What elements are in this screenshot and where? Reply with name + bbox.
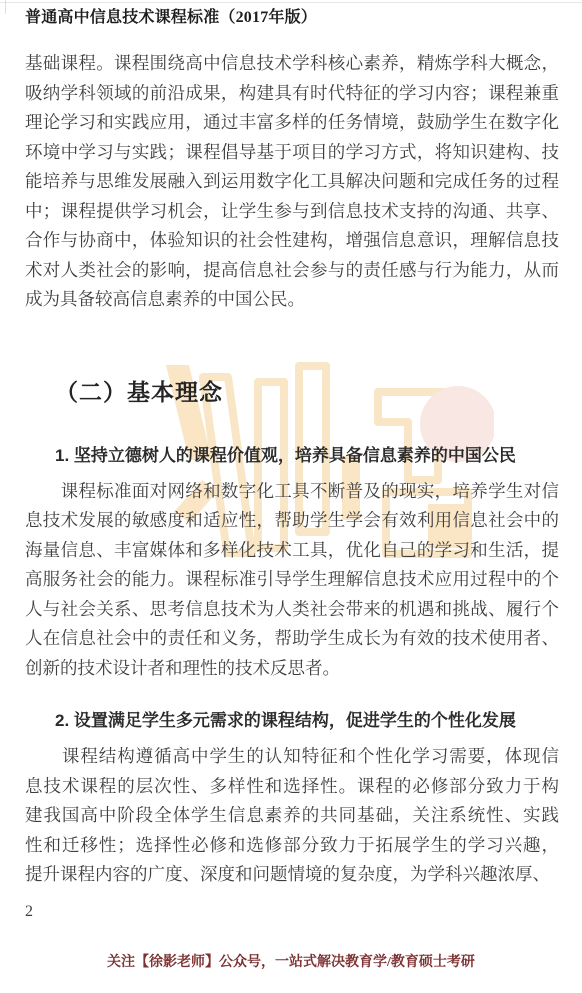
paragraph-line: 人与社会关系、思考信息技术为人类社会带来的机遇和挑战、履行个 (25, 595, 559, 625)
body-paragraph: 课程结构遵循高中学生的认知特征和个性化学习需要，体现信息技术课程的层次性、多样性… (25, 742, 559, 890)
page-left-edge-line (5, 0, 6, 14)
paragraph-line: 息技术课程的层次性、多样性和选择性。课程的必修部分致力于构 (25, 772, 559, 802)
document-body: 基础课程。课程围绕高中信息技术学科核心素养，精炼学科大概念，吸纳学科领域的前沿成… (25, 49, 559, 890)
paragraph-line: 成为具备较高信息素养的中国公民。 (25, 285, 559, 315)
paragraph-line: 创新的技术设计者和理性的技术反思者。 (25, 654, 559, 684)
paragraph-line: 能培养与思维发展融入到运用数字化工具解决问题和完成任务的过程 (25, 167, 559, 197)
subheading: 1. 坚持立德树人的课程价值观，培养具备信息素养的中国公民 (25, 444, 559, 468)
footer-promo-note: 关注【徐影老师】公众号，一站式解决教育学/教育硕士考研 (0, 951, 582, 971)
paragraph-line: 建我国高中阶段全体学生信息素养的共同基础，关注系统性、实践 (25, 801, 559, 831)
paragraph-line: 课程结构遵循高中学生的认知特征和个性化学习需要，体现信 (25, 742, 559, 772)
paragraph-line: 合作与协商中，体验知识的社会性建构，增强信息意识，理解信息技 (25, 226, 559, 256)
document-header-title: 普通高中信息技术课程标准（2017年版） (25, 4, 317, 27)
section-heading: （二）基本理念 (25, 377, 559, 409)
body-paragraph: 课程标准面对网络和数字化工具不断普及的现实，培养学生对信息技术发展的敏感度和适应… (25, 477, 559, 684)
body-paragraph: 基础课程。课程围绕高中信息技术学科核心素养，精炼学科大概念，吸纳学科领域的前沿成… (25, 49, 559, 315)
paragraph-line: 术对人类社会的影响，提高信息社会参与的责任感与行为能力，从而 (25, 256, 559, 286)
paragraph-line: 息技术发展的敏感度和适应性，帮助学生学会有效利用信息社会中的 (25, 506, 559, 536)
paragraph-line: 环境中学习与实践；课程倡导基于项目的学习方式，将知识建构、技 (25, 138, 559, 168)
paragraph-line: 理论学习和实践应用，通过丰富多样的任务情境，鼓励学生在数字化 (25, 108, 559, 138)
paragraph-line: 课程标准面对网络和数字化工具不断普及的现实，培养学生对信 (25, 477, 559, 507)
paragraph-line: 中；课程提供学习机会，让学生参与到信息技术支持的沟通、共享、 (25, 197, 559, 227)
subheading: 2. 设置满足学生多元需求的课程结构，促进学生的个性化发展 (25, 709, 559, 733)
paragraph-line: 提升课程内容的广度、深度和问题情境的复杂度，为学科兴趣浓厚、 (25, 860, 559, 890)
paragraph-line: 性和迁移性；选择性必修和选修部分致力于拓展学生的学习兴趣， (25, 831, 559, 861)
paragraph-line: 海量信息、丰富媒体和多样化技术工具，优化自己的学习和生活，提 (25, 536, 559, 566)
paragraph-line: 吸纳学科领域的前沿成果，构建具有时代特征的学习内容；课程兼重 (25, 79, 559, 109)
paragraph-line: 人在信息社会中的责任和义务，帮助学生成长为有效的技术使用者、 (25, 624, 559, 654)
page-number: 2 (25, 903, 33, 921)
paragraph-line: 基础课程。课程围绕高中信息技术学科核心素养，精炼学科大概念， (25, 49, 559, 79)
document-page: 普通高中信息技术课程标准（2017年版） 基础课程。课程围绕高中信息技术学科核心… (0, 0, 582, 993)
page-top-edge-line (0, 2, 582, 3)
paragraph-line: 高服务社会的能力。课程标准引导学生理解信息技术应用过程中的个 (25, 565, 559, 595)
